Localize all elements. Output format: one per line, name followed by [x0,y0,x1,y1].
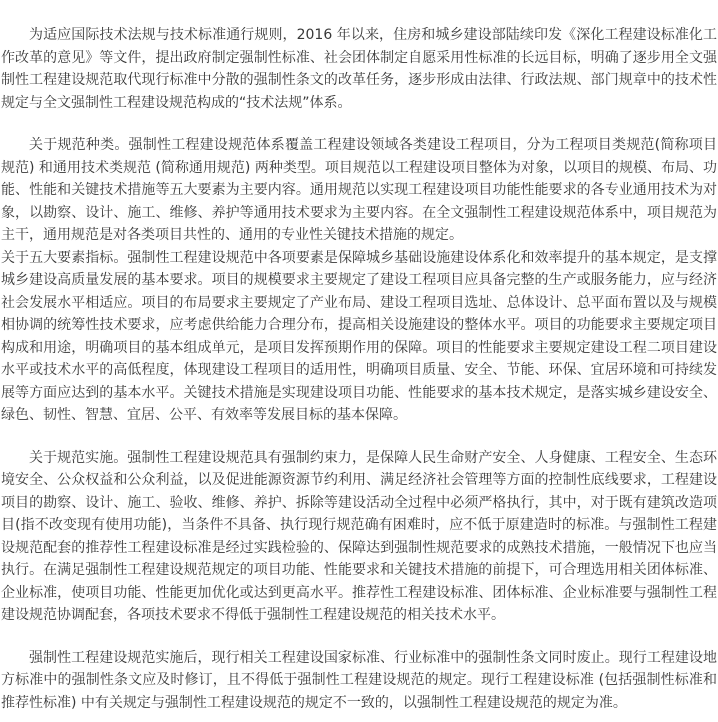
paragraph-standard-categories: 关于规范种类。强制性工程建设规范体系覆盖工程建设领域各类建设工程项目，分为工程项… [1,134,717,247]
paragraph-supersession: 强制性工程建设规范实施后，现行相关工程建设国家标准、行业标准中的强制性条文同时废… [1,647,717,715]
document-page: 为适应国际技术法规与技术标准通行规则，2016 年以来，住房和城乡建设部陆续印发… [0,0,718,722]
paragraph-five-elements: 关于五大要素指标。强制性工程建设规范中各项要素是保障城乡基础设施建设体系化和效率… [1,247,717,427]
paragraph-intro: 为适应国际技术法规与技术标准通行规则，2016 年以来，住房和城乡建设部陆续印发… [1,24,717,114]
paragraph-implementation: 关于规范实施。强制性工程建设规范具有强制约束力，是保障人民生命财产安全、人身健康… [1,447,717,627]
